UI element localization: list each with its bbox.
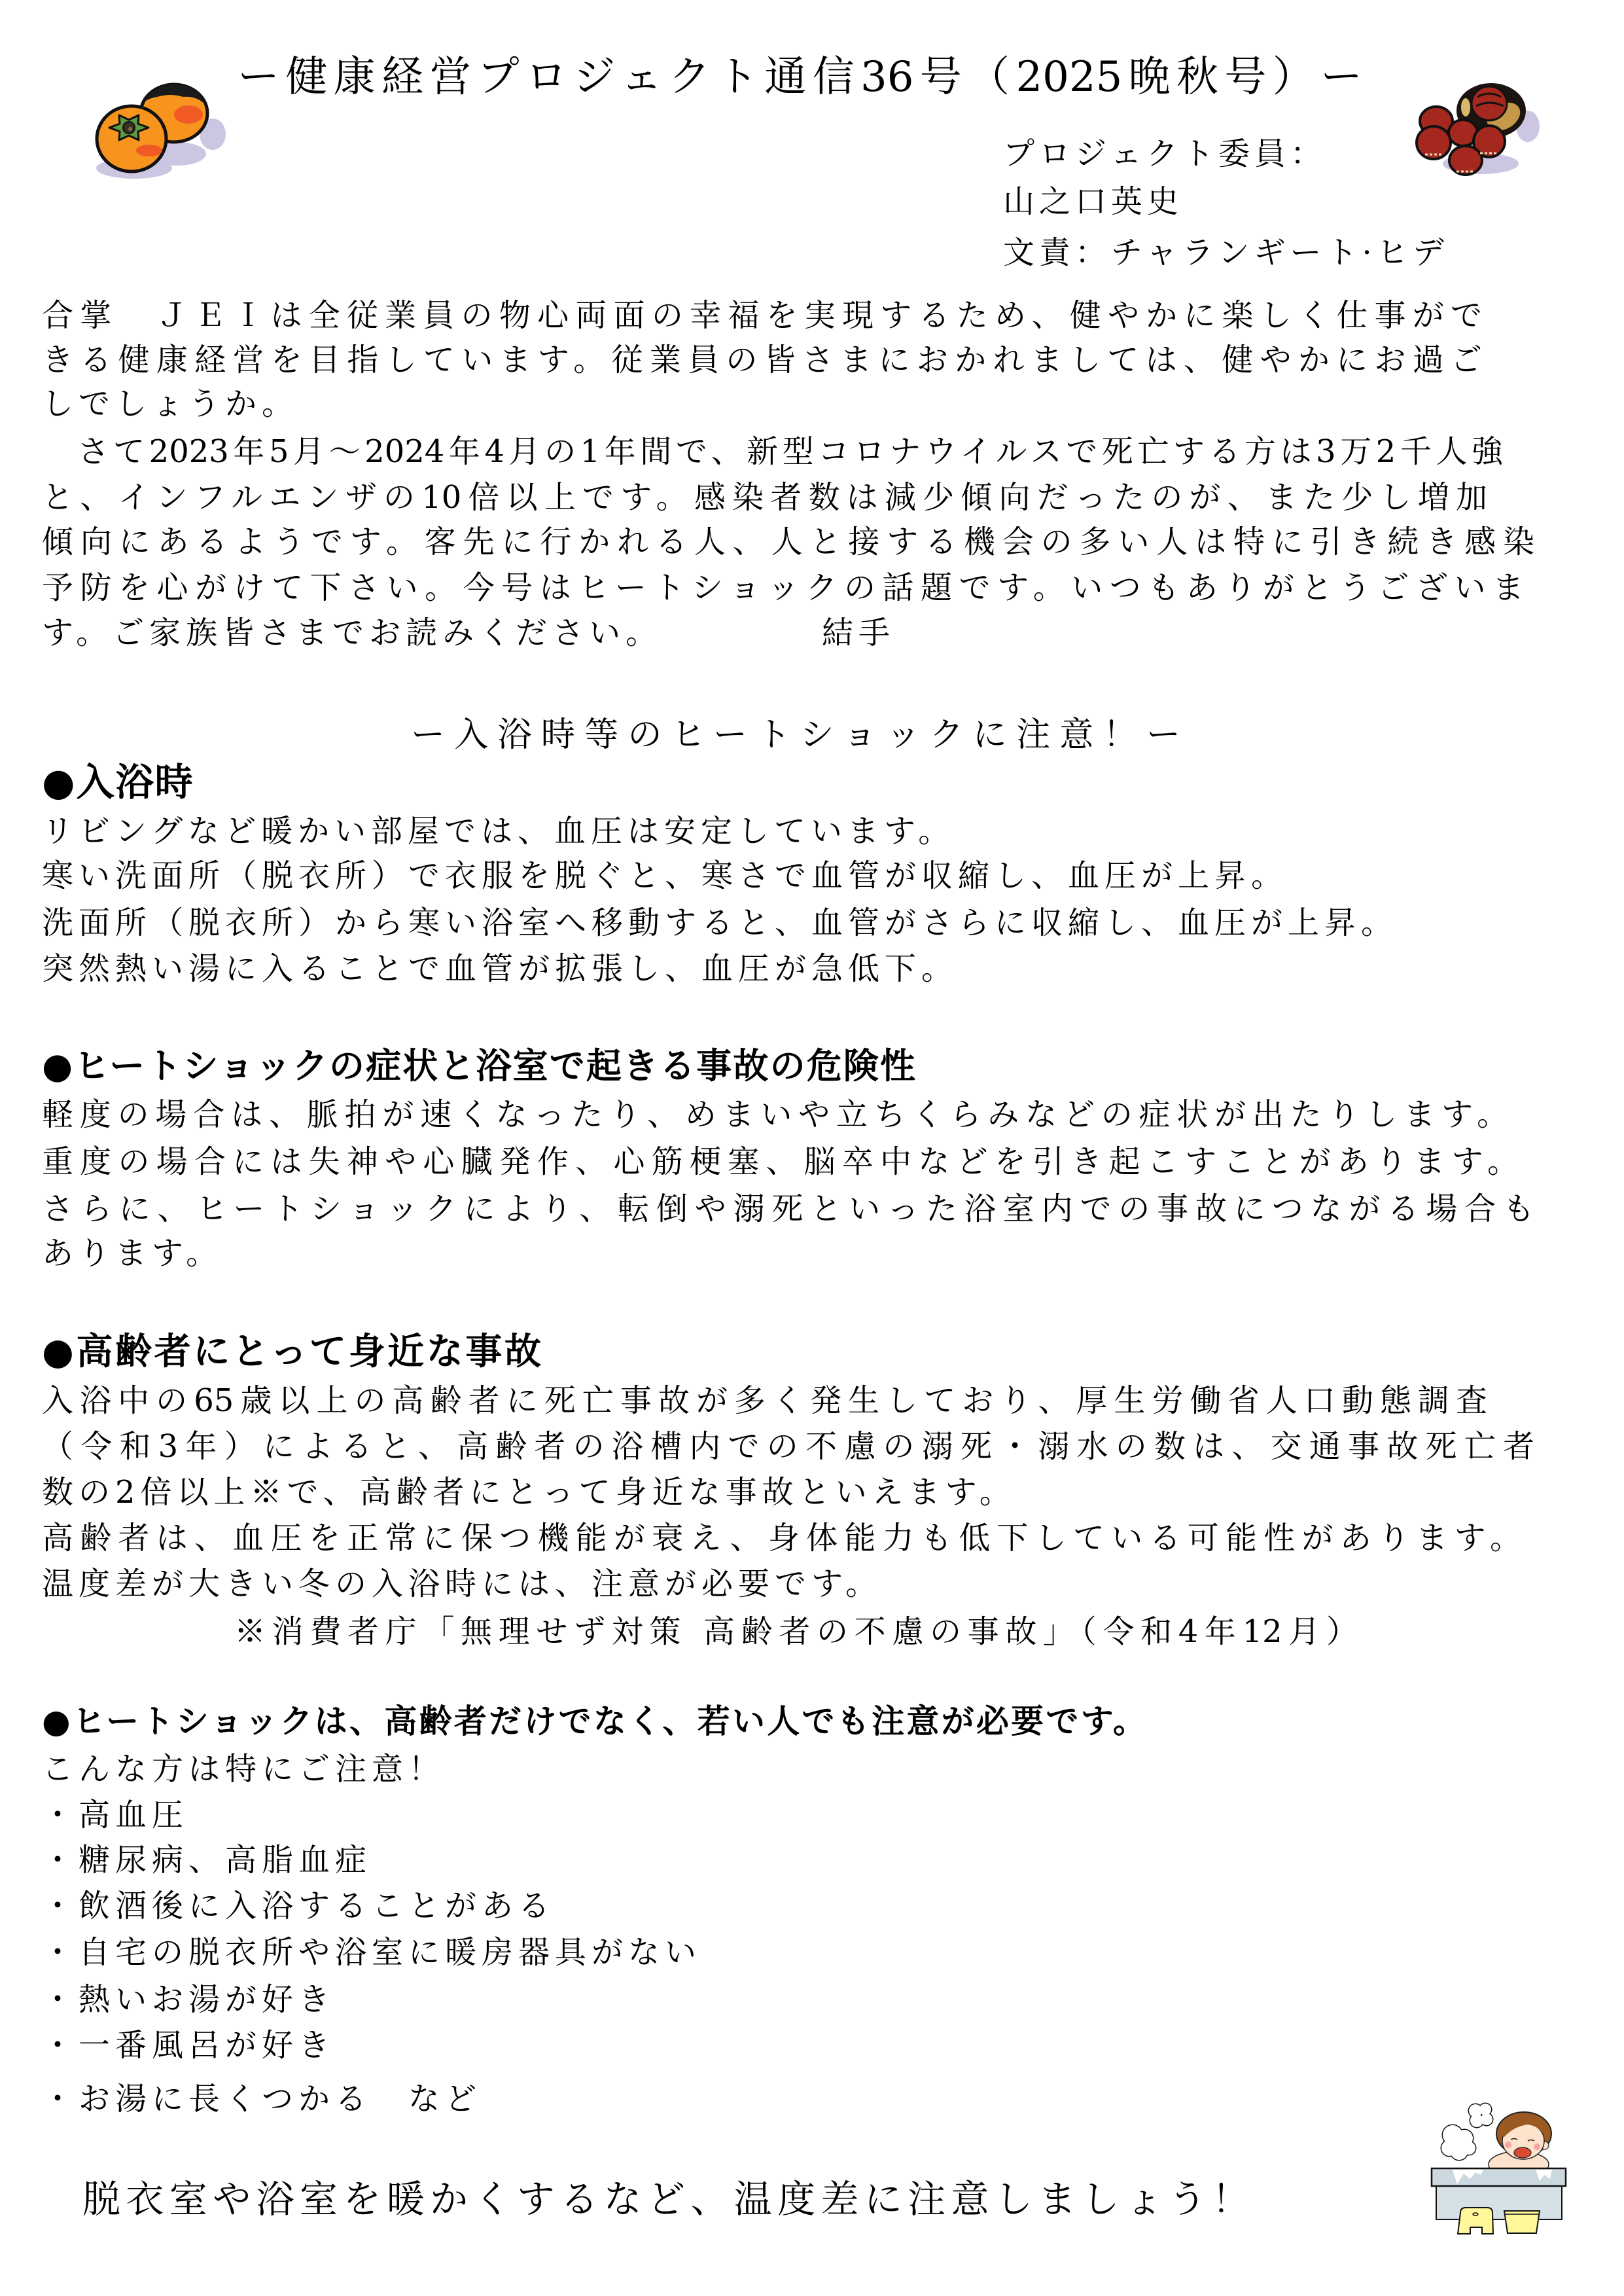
risk-list-item: ・飲酒後に入浴することがある bbox=[42, 1886, 555, 1926]
section-line: 軽度の場合は、脈拍が速くなったり、めまいや立ちくらみなどの症状が出たりします。 bbox=[42, 1095, 1508, 1134]
risk-item-text: 熱いお湯が好き bbox=[79, 1981, 335, 2018]
risk-list-item: ・お湯に長くつかる など bbox=[42, 2079, 482, 2119]
section-line: 温度差が大きい冬の入浴時には、注意が必要です。 bbox=[42, 1564, 882, 1604]
section-heading-bathing: ●入浴時 bbox=[42, 759, 194, 805]
intro-line: しでしょうか。 bbox=[42, 384, 298, 423]
section-heading-young-people: ●ヒートショックは、高齢者だけでなく、若い人でも注意が必要です。 bbox=[42, 1700, 1146, 1743]
bullet-dot-icon: ・ bbox=[42, 1842, 79, 1878]
section-line: リビングなど暖かい部屋では、血圧は安定しています。 bbox=[42, 812, 955, 851]
risk-list-item: ・糖尿病、高脂血症 bbox=[42, 1840, 372, 1880]
intro-line: さて2023年5月～2024年4月の1年間で、新型コロナウイルスで死亡する方は3… bbox=[42, 432, 1503, 471]
risk-list-item: ・熱いお湯が好き bbox=[42, 1980, 335, 2019]
newsletter-title: ー健康経営プロジェクト通信36号（2025晩秋号）ー bbox=[238, 51, 1362, 103]
bullet-dot-icon: ・ bbox=[42, 1934, 79, 1971]
risk-item-text: 一番風呂が好き bbox=[79, 2027, 335, 2064]
section-line: 入浴中の65歳以上の高齢者に死亡事故が多く発生しており、厚生労働省人口動態調査 bbox=[42, 1381, 1487, 1420]
section-line: 突然熱い湯に入ることで血管が拡張し、血圧が急低下。 bbox=[42, 949, 958, 988]
persimmon-icon bbox=[92, 79, 229, 183]
section-line: 洗面所（脱衣所）から寒い浴室へ移動すると、血管がさらに収縮し、血圧が上昇。 bbox=[42, 903, 1398, 942]
bathing-person-icon bbox=[1430, 2098, 1570, 2238]
committee-member: 山之口英史 bbox=[1003, 182, 1183, 221]
intro-line: 予防を心がけて下さい。今号はヒートショックの話題です。いつもありがとうございま bbox=[42, 568, 1524, 607]
risk-item-text: お湯に長くつかる など bbox=[79, 2081, 482, 2117]
section-line: （令和3年）によると、高齢者の浴槽内での不慮の溺死・溺水の数は、交通事故死亡者 bbox=[42, 1427, 1534, 1466]
intro-line: 合掌 ＪＥＩは全従業員の物心両面の幸福を実現するため、健やかに楽しく仕事がで bbox=[42, 296, 1482, 335]
intro-line: きる健康経営を目指しています。従業員の皆さまにおかれましては、健やかにお過ご bbox=[42, 340, 1482, 380]
bullet-dot-icon: ・ bbox=[42, 1981, 79, 2018]
risk-item-text: 自宅の脱衣所や浴室に暖房器具がない bbox=[79, 1934, 701, 1971]
risk-list-item: ・高血圧 bbox=[42, 1795, 188, 1835]
risk-item-text: 高血圧 bbox=[79, 1797, 188, 1833]
risk-list-item: ・自宅の脱衣所や浴室に暖房器具がない bbox=[42, 1933, 701, 1972]
section-line: 数の2倍以上※で、高齢者にとって身近な事故といえます。 bbox=[42, 1473, 1016, 1512]
risk-item-text: 糖尿病、高脂血症 bbox=[79, 1842, 372, 1878]
section-line: 寒い洗面所（脱衣所）で衣服を脱ぐと、寒さで血管が収縮し、血圧が上昇。 bbox=[42, 856, 1288, 895]
newsletter-page: ー健康経営プロジェクト通信36号（2025晩秋号）ー プロジェクト委員： 山之口… bbox=[0, 0, 1624, 2296]
intro-line: す。ご家族皆さまでお読みください。 bbox=[42, 613, 662, 653]
section-line: あります。 bbox=[42, 1234, 222, 1273]
bullet-dot-icon: ・ bbox=[42, 1888, 79, 1924]
bullet-dot-icon: ・ bbox=[42, 1797, 79, 1833]
committee-label: プロジェクト委員： bbox=[1003, 134, 1326, 173]
author-line: 文責：チャランギート·ヒデ bbox=[1003, 233, 1449, 272]
closing-message: 脱衣室や浴室を暖かくするなど、温度差に注意しましょう！ bbox=[82, 2176, 1250, 2222]
bullet-dot-icon: ・ bbox=[42, 2081, 79, 2117]
section-line: 高齢者は、血圧を正常に保つ機能が衰え、身体能力も低下している可能性があります。 bbox=[42, 1518, 1521, 1558]
risk-item-text: 飲酒後に入浴することがある bbox=[79, 1888, 555, 1924]
intro-closing: 結手 bbox=[822, 613, 895, 653]
risk-list-item: ・一番風呂が好き bbox=[42, 2026, 335, 2065]
risk-list-lead: こんな方は特にご注意！ bbox=[42, 1749, 445, 1789]
article-title: ー入浴時等のヒートショックに注意！ー bbox=[411, 714, 1180, 756]
chestnut-icon bbox=[1412, 77, 1543, 182]
intro-line: 傾向にあるようです。客先に行かれる人、人と接する機会の多い人は特に引き続き感染 bbox=[42, 522, 1534, 562]
section-line: さらに、ヒートショックにより、転倒や溺死といった浴室内での事故につながる場合も bbox=[42, 1189, 1534, 1229]
source-note: ※消費者庁「無理せず対策 高齢者の不慮の事故」（令和4年12月） bbox=[234, 1612, 1358, 1651]
section-line: 重度の場合には失神や心臓発作、心筋梗塞、脳卒中などを引き起こすことがあります。 bbox=[42, 1142, 1519, 1181]
section-heading-elderly: ●高齢者にとって身近な事故 bbox=[42, 1330, 541, 1373]
section-heading-symptoms: ●ヒートショックの症状と浴室で起きる事故の危険性 bbox=[42, 1044, 915, 1087]
bullet-dot-icon: ・ bbox=[42, 2027, 79, 2064]
intro-line: と、インフルエンザの10倍以上です。感染者数は減少傾向だったのが、また少し増加 bbox=[42, 478, 1487, 517]
